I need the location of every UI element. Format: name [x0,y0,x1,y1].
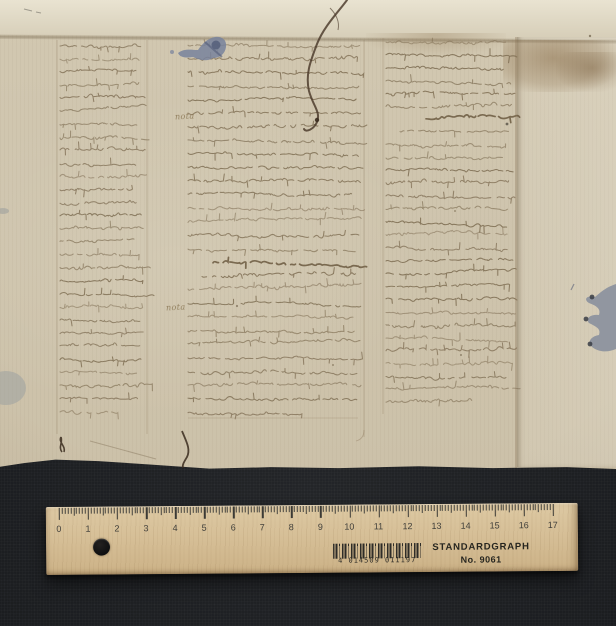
ruler-tick [262,506,263,518]
script-line [188,96,356,102]
ruler-tick [332,506,333,512]
script-line [60,142,145,155]
ruler-tick [189,507,190,515]
ruler-tick [250,506,251,512]
ruler-tick [425,505,426,511]
ruler-tick [294,506,295,512]
script-line [188,296,361,307]
ruler-tick [271,506,272,512]
ruler-tick [471,505,472,511]
script-line [386,89,515,100]
ruler-tick [181,507,182,513]
speck [236,305,238,307]
ruler-tick [210,507,211,513]
ruler-tick [494,504,495,516]
script-line [188,138,367,149]
ruler-tick [529,504,530,510]
text-column-2 [188,40,371,419]
ruler-tick [233,507,234,519]
ruler-brand-label: STANDARDGRAPH [415,541,547,553]
ruler-tick [541,504,542,510]
ruler-tick [460,505,461,511]
ruler-tick [274,506,275,512]
script-line [386,319,516,329]
ruler-tick [387,505,388,511]
ruler-tick [515,504,516,510]
ruler-tick [59,508,60,520]
ruler-tick [204,507,205,519]
ruler-tick [311,506,312,512]
script-line [426,115,520,123]
script-line [60,169,146,178]
speck [506,123,509,126]
script-line [386,294,517,305]
script-line [386,381,520,390]
ruler-tick [97,508,98,514]
script-line [386,372,506,383]
ruler-tick [448,505,449,511]
ruler-tick [419,505,420,511]
ruler-tick [198,507,199,513]
script-line [386,102,512,109]
ruler-tick [524,504,525,516]
ruler-tick [399,505,400,511]
ruler-tick [221,507,222,513]
ruler-tick [195,507,196,513]
ruler-tick [94,508,95,514]
ruler-tick [309,506,310,512]
ruler-tick [285,506,286,512]
script-line [60,383,158,391]
ruler-tick [338,506,339,512]
ruler-tick [326,506,327,512]
ruler-tick [245,506,246,512]
ruler-tick [486,505,487,511]
script-line [386,264,516,279]
ruler-tick [282,506,283,512]
ruler-tick [120,507,121,513]
archival-photo-canvas: nota nota 01234567891011121314151617 4 0… [0,0,616,626]
ruler-tick [306,506,307,514]
ruler-cm-label: 16 [516,520,532,530]
parchment-crack-top [304,0,347,131]
ink-blot-right-tip [590,295,595,300]
ruler-tick [364,505,365,513]
ruler-tick [134,507,135,513]
script-line [386,241,513,255]
ruler-tick [396,505,397,511]
ruler-tick [236,506,237,512]
script-line [386,342,517,357]
crack-ink-blob [315,118,319,122]
marginal-note-nota-1: nota [175,111,195,121]
ink-smudge-left-edge [0,371,26,405]
script-line [386,176,509,188]
ruler-tick [76,508,77,514]
ruler-tick [378,505,379,517]
ruler-tick [279,506,280,512]
text-column-3 [386,38,521,406]
ruler-tick [361,506,362,512]
ruler-tick [155,507,156,513]
ruler-tick [140,507,141,513]
script-line [386,282,510,292]
ruler-cm-label: 4 [167,523,183,533]
ruler-tick [67,508,68,514]
ruler-tick [158,507,159,513]
script-line [60,54,143,64]
ruler-tick [544,504,545,510]
script-line [60,276,150,284]
ruler-tick [497,504,498,510]
ruler-tick [117,507,118,519]
ruler-tick [126,507,127,513]
ruler-tick [178,507,179,513]
script-line [188,310,353,319]
script-line [188,174,360,187]
script-line [386,168,513,176]
ruler-tick [489,505,490,511]
manuscript-marks [0,0,616,500]
ruler-cm-label: 6 [225,522,241,532]
script-line [60,264,150,274]
ruler-tick [184,507,185,513]
script-line [188,245,355,256]
ruler-tick [166,507,167,513]
ruler-tick [108,508,109,514]
ruler-tick [454,505,455,511]
ruler-tick [123,507,124,513]
ruler-tick [314,506,315,512]
ruler-tick [349,506,350,518]
column-ruling-lines [57,37,516,468]
script-line [188,230,359,240]
ruler-cm-label: 1 [80,524,96,534]
ruler-tick [367,505,368,511]
script-line [60,185,135,196]
ruler-tick [82,508,83,514]
parchment-crack-bottom-mid [182,431,188,468]
speck [460,354,462,356]
ruler-tick [62,508,63,514]
ruler-tick [407,505,408,517]
ruling-hook [356,430,364,441]
ruler-tick [297,506,298,512]
ruler-tick [335,506,336,514]
ink-blot-top-dot [170,50,174,54]
ruler: 01234567891011121314151617 4 014509 0111… [46,503,579,575]
ruler-tick [477,505,478,511]
ruler-cm-label: 13 [428,521,444,531]
ruler-tick [146,507,147,519]
script-line [60,393,137,404]
ruler-tick [503,504,504,510]
script-line [60,319,140,326]
ruler-tick [230,507,231,513]
ruler-tick [404,505,405,511]
ruler-cm-label: 0 [51,524,67,534]
script-line [188,83,359,89]
ink-blot-top [178,37,226,60]
ruler-tick [509,504,510,512]
ruler-tick [474,505,475,511]
script-line [188,106,360,116]
ruler-tick [102,508,103,516]
ruler-tick [131,507,132,515]
speck [332,364,334,366]
ruler-tick [343,506,344,512]
ruler-cm-label: 10 [341,522,357,532]
ruler-tick [483,505,484,511]
ruler-tick [340,506,341,512]
marginal-note-nota-2: nota [166,302,186,312]
specks [24,9,591,366]
crease-line [90,441,156,459]
ruler-tick [85,508,86,514]
script-line [188,152,358,160]
ruler-tick [114,507,115,513]
script-line [60,328,143,337]
ruler-tick [431,505,432,511]
script-line [60,357,141,367]
ruler-tick [451,505,452,513]
script-line [60,131,154,144]
ruler-cm-label: 17 [545,520,561,530]
script-line [60,123,137,130]
ruler-tick [91,508,92,514]
ruler-tick [463,505,464,511]
ruler-tick [259,506,260,512]
speck [454,210,456,212]
ruler-tick [137,507,138,513]
ruler-tick [550,504,551,510]
ruler-tick [532,504,533,510]
ruler-tick [500,504,501,510]
script-line [386,356,513,370]
ruler-tick [436,505,437,517]
ruler-tick [381,505,382,511]
ruler-tick [187,507,188,513]
speck [589,35,591,37]
text-column-1 [60,44,158,419]
script-line [60,67,136,76]
ruler-cm-label: 15 [487,520,503,530]
ruler-tick [175,507,176,519]
ruler-cm-label: 14 [458,521,474,531]
ruler-tick [384,505,385,511]
ruler-tick [492,504,493,510]
script-line [188,203,370,214]
ruler-tick [265,506,266,512]
script-line [386,333,508,347]
ruler-tick [242,506,243,512]
ruler-hole [92,538,109,555]
script-line [60,288,154,297]
ruler-tick [79,508,80,514]
ruler-tick [372,505,373,511]
ruler-tick [227,507,228,513]
ruler-tick [457,505,458,511]
ruler-barcode: 4 014509 011197 [331,543,423,570]
ruler-tick [256,506,257,512]
ruler-cm-label: 11 [370,521,386,531]
ruler-tick [553,504,554,516]
ruler-cm-label: 5 [196,523,212,533]
script-line [386,258,513,262]
script-line [188,337,360,346]
ruler-tick [320,506,321,518]
ruler-tick [445,505,446,511]
pencil-mark [24,9,41,13]
script-line [188,165,363,169]
script-line [188,381,361,392]
ruler-scale: 01234567891011121314151617 [46,503,578,537]
script-line [60,93,145,101]
script-line [188,190,352,198]
script-line [188,212,361,224]
ruler-tick [442,505,443,511]
ruler-tick [172,507,173,513]
ruler-tick [402,505,403,511]
ruler-tick [355,506,356,512]
script-line [60,79,142,91]
ruler-tick [439,505,440,511]
ruler-tick [547,504,548,510]
ruler-tick [160,507,161,515]
ruler-tick [329,506,330,512]
ruler-tick [152,507,153,513]
ruler-tick [538,504,539,512]
ruler-tick [288,506,289,512]
ruler-cm-label: 12 [399,521,415,531]
script-line [386,49,517,63]
script-line [213,257,371,268]
ruler-tick [219,507,220,515]
script-line [188,393,357,402]
ruler-tick [433,505,434,511]
ruler-cm-label: 7 [254,522,270,532]
ruler-tick [346,506,347,512]
ruler-tick [370,505,371,511]
ruler-tick [300,506,301,512]
ruler-tick [192,507,193,513]
ruler-tick [105,508,106,514]
barcode-digits: 4 014509 011197 [331,556,423,565]
ruler-tick [410,505,411,511]
ruler-tick [149,507,150,513]
ruler-tick [291,506,292,518]
script-line [386,75,511,88]
script-line [60,210,141,219]
script-line [60,221,143,230]
ruler-tick [518,504,519,510]
ruler-tick [468,505,469,511]
script-line [188,279,361,293]
script-line [60,411,123,419]
script-line [188,352,363,365]
ruler-tick [201,507,202,513]
script-line [60,158,136,167]
script-line [60,44,141,52]
ruler-tick [99,508,100,514]
script-line [386,142,506,151]
ruler-tick [416,505,417,511]
ruler-tick [65,508,66,514]
ruler-tick [73,508,74,516]
ruler-tick [521,504,522,510]
ruler-tick [480,505,481,513]
script-line [188,368,357,378]
ruler-tick [224,507,225,513]
ruler-tick [143,507,144,513]
ruler-tick [88,508,89,520]
ruler-tick [239,506,240,512]
ruler-tick [268,506,269,512]
script-line [188,121,367,133]
ruler-tick [248,506,249,514]
ruler-tick [111,507,112,513]
ruler-tick [207,507,208,513]
script-line [386,38,506,45]
ruler-tick [375,505,376,511]
ruler-cm-label: 8 [283,522,299,532]
ruler-tick [323,506,324,512]
ruler-tick [428,505,429,511]
script-line [386,66,503,70]
script-line [386,399,472,406]
script-line [60,200,136,205]
script-line [202,268,355,279]
script-line [60,302,143,312]
ruler-tick [422,505,423,513]
script-line [400,130,513,137]
ruler-tick [128,507,129,513]
ruler-tick [317,506,318,512]
ink-blots [0,37,616,405]
parchment-crack-bottom-left [60,437,64,452]
ruler-tick [213,507,214,513]
ruler-tick [70,508,71,514]
ruler-cm-label: 2 [109,523,125,533]
ruler-tick [277,506,278,514]
ruler-cm-label: 9 [312,522,328,532]
ruler-tick [216,507,217,513]
ruler-tick [303,506,304,512]
script-line [386,308,521,315]
script-line [60,343,140,347]
ruler-tick [393,505,394,513]
ruler-cm-label: 3 [138,523,154,533]
ruler-tick [465,505,466,517]
script-line [386,191,515,203]
ink-smudge-left-small [0,208,9,214]
script-line [60,104,146,111]
ruler-tick [358,506,359,512]
ruler-tick [512,504,513,510]
script-line [188,325,360,337]
script-line [386,227,507,239]
ruler-tick [413,505,414,511]
ink-blot-right-tip [588,342,593,347]
script-line [386,202,507,211]
ink-blot-right-tip [584,317,589,322]
ruler-tick [390,505,391,511]
ruler-tick [526,504,527,510]
ruler-tick [163,507,164,513]
script-line [60,239,139,243]
ink-fleck [571,284,574,290]
script-line [386,152,508,160]
